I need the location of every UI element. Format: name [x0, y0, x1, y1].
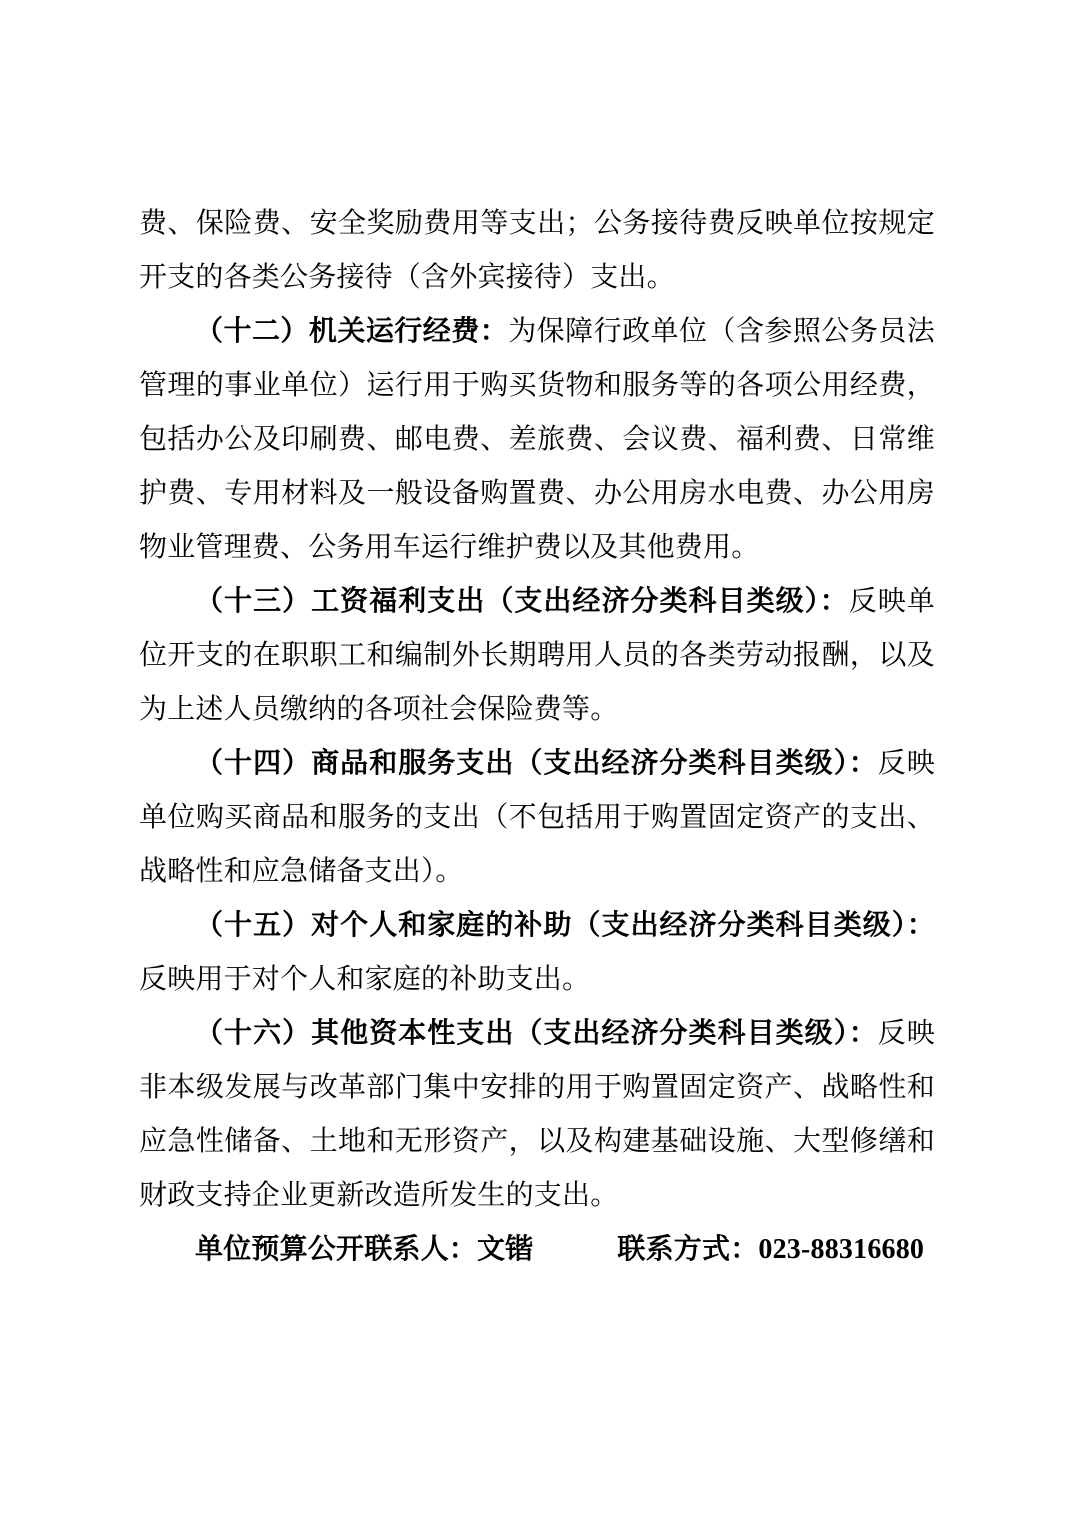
paragraph-item-13-heading: （十三）工资福利支出（支出经济分类科目类级）：: [195, 586, 849, 617]
paragraph-item-14: （十四）商品和服务支出（支出经济分类科目类级）：反映单位购买商品和服务的支出（不…: [139, 737, 935, 899]
paragraph-item-16-heading: （十六）其他资本性支出（支出经济分类科目类级）：: [195, 1018, 878, 1049]
paragraph-item-14-heading: （十四）商品和服务支出（支出经济分类科目类级）：: [195, 748, 878, 779]
paragraph-item-12-heading: （十二）机关运行经费：: [195, 316, 508, 347]
contact-person: 单位预算公开联系人：文锴: [195, 1234, 533, 1265]
contact-line: 单位预算公开联系人：文锴联系方式：023-88316680: [139, 1223, 935, 1277]
paragraph-item-12-text: 为保障行政单位（含参照公务员法管理的事业单位）运行用于购买货物和服务等的各项公用…: [139, 316, 935, 563]
paragraph-item-12: （十二）机关运行经费：为保障行政单位（含参照公务员法管理的事业单位）运行用于购买…: [139, 305, 935, 575]
paragraph-item-16: （十六）其他资本性支出（支出经济分类科目类级）：反映非本级发展与改革部门集中安排…: [139, 1007, 935, 1223]
paragraph-continuation-text: 费、保险费、安全奖励费用等支出；公务接待费反映单位按规定开支的各类公务接待（含外…: [139, 208, 935, 293]
paragraph-item-15-heading: （十五）对个人和家庭的补助（支出经济分类科目类级）：: [195, 910, 935, 941]
paragraph-item-15-text: 反映用于对个人和家庭的补助支出。: [139, 964, 590, 995]
paragraph-item-13: （十三）工资福利支出（支出经济分类科目类级）：反映单位开支的在职职工和编制外长期…: [139, 575, 935, 737]
contact-phone: 联系方式：023-88316680: [617, 1234, 924, 1265]
document-page: 费、保险费、安全奖励费用等支出；公务接待费反映单位按规定开支的各类公务接待（含外…: [0, 0, 1074, 1520]
paragraph-item-15: （十五）对个人和家庭的补助（支出经济分类科目类级）：反映用于对个人和家庭的补助支…: [139, 899, 935, 1007]
paragraph-continuation: 费、保险费、安全奖励费用等支出；公务接待费反映单位按规定开支的各类公务接待（含外…: [139, 197, 935, 305]
